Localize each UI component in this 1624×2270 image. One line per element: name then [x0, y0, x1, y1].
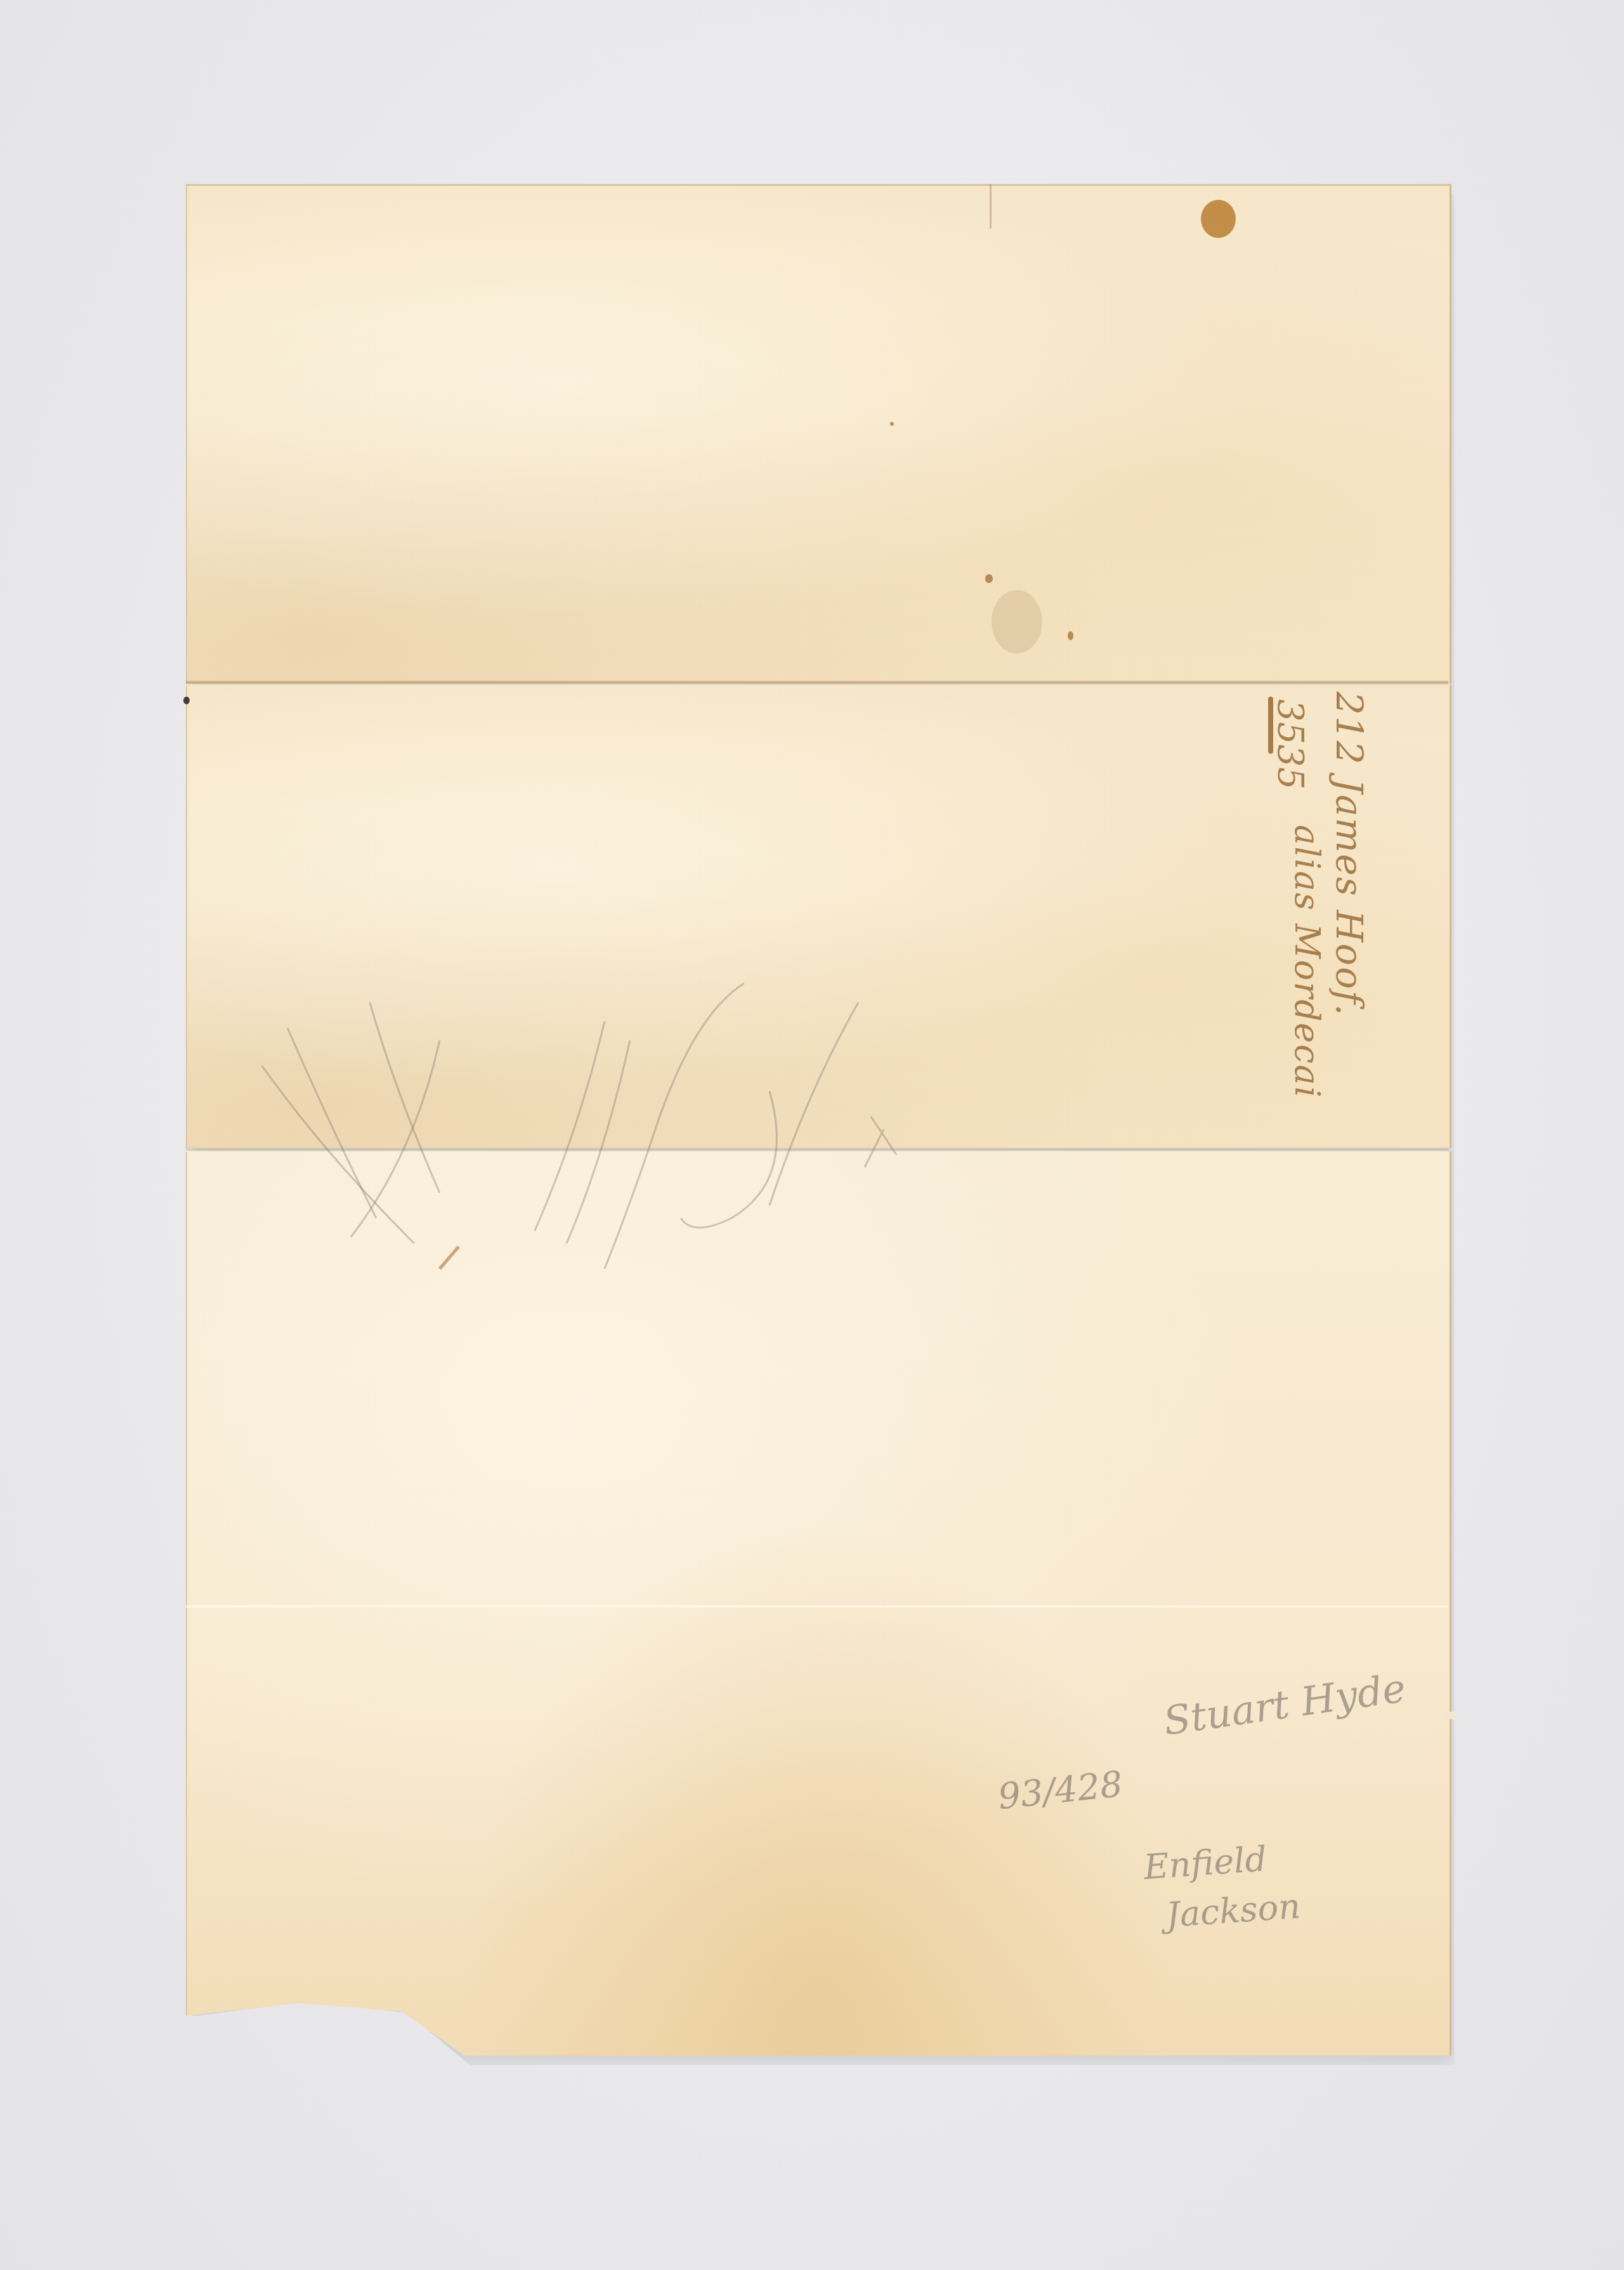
top-edge-tear: [990, 184, 992, 228]
endorsement-number: 3535: [1269, 699, 1311, 790]
edge-tab: [1443, 1712, 1457, 1719]
stain-dot: [1068, 631, 1073, 640]
parchment-document: 212 James Hoof. alias Mordecai 3535 Stua…: [186, 184, 1448, 2056]
stain-top-right: [1201, 200, 1236, 238]
stain-left-edge: [183, 697, 190, 704]
endorsement-name: 212 James Hoof.: [1328, 692, 1371, 1017]
pencil-scribbles: [249, 964, 947, 1282]
top-panel: [186, 184, 1451, 684]
fold-crease-lower: [186, 1605, 1448, 1608]
fold-crease-upper: [186, 680, 1448, 685]
pencil-note-place: Enfield: [1143, 1839, 1268, 1887]
endorsement-alias: alias Mordecai: [1287, 825, 1327, 1099]
stain-dot: [890, 422, 894, 426]
stain-dot: [985, 574, 993, 583]
stain-smudge: [992, 590, 1042, 653]
